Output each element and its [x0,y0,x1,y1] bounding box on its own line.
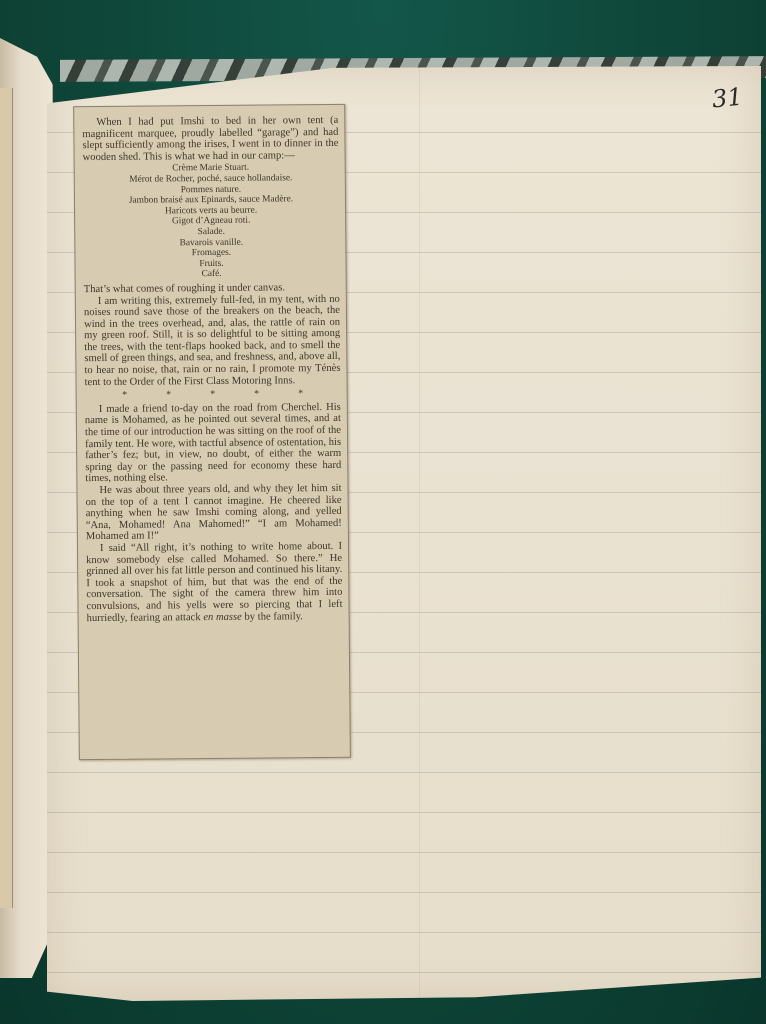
menu-item: Café. [84,268,340,281]
separator-star: * [122,390,127,402]
friend-paragraph: I made a friend to-day on the road from … [85,402,342,485]
ruled-line [47,852,761,853]
italic-phrase: en masse [203,611,242,622]
separator-star: * [298,388,303,400]
said-paragraph: I said “All right, it’s nothing to write… [86,541,343,624]
ruled-line [47,972,761,973]
section-separator: * * * * * [85,388,341,402]
faded-margin-line [419,66,420,1001]
separator-star: * [166,390,171,402]
dinner-menu: Crème Marie Stuart. Mérot de Rocher, poc… [83,162,340,281]
handwritten-page-number: 31 [711,82,744,113]
separator-star: * [254,389,259,401]
ruled-line [47,812,761,813]
newspaper-clipping: When I had put Imshi to bed in her own t… [73,104,351,760]
left-page-clipping-edge [0,88,13,908]
ruled-line [47,932,761,933]
ruled-line [47,892,761,893]
said-text-end: by the family. [242,611,303,623]
writing-paragraph: I am writing this, extremely full-fed, i… [84,293,341,388]
intro-paragraph: When I had put Imshi to bed in her own t… [82,115,338,164]
separator-star: * [210,389,215,401]
ruled-line [47,772,761,773]
age-paragraph: He was about three years old, and why th… [85,483,341,543]
